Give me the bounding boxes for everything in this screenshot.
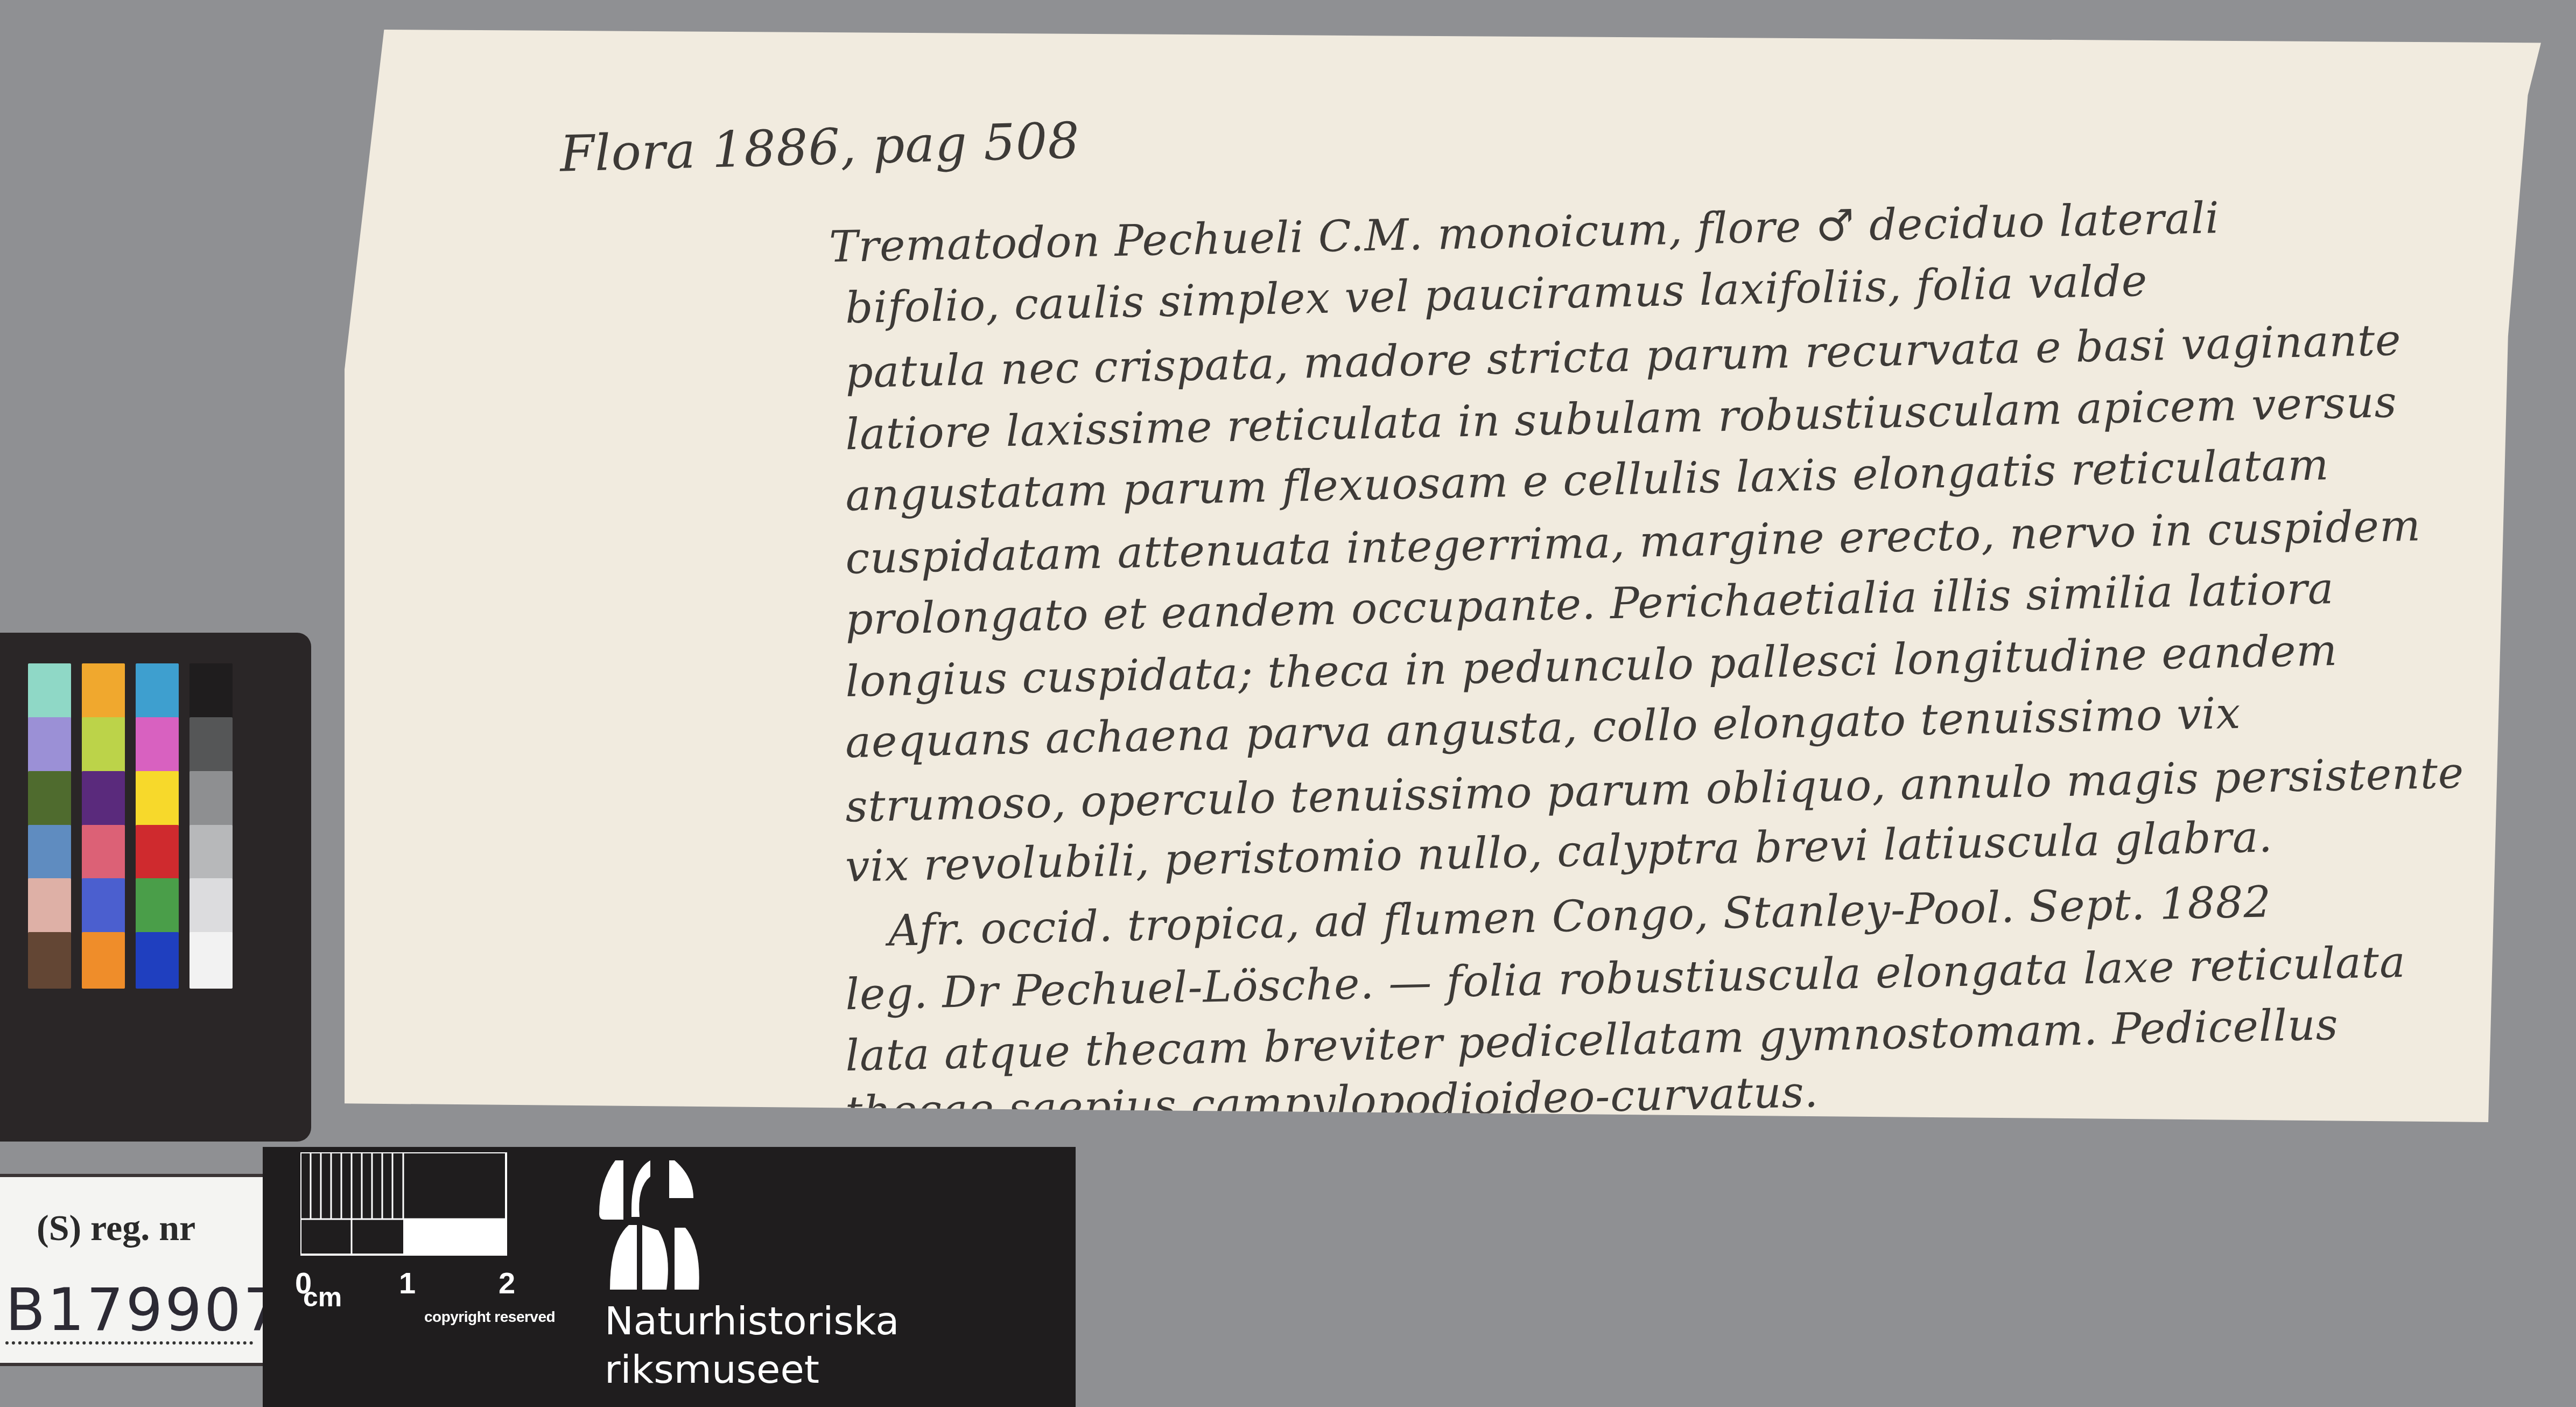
color-swatch xyxy=(189,717,233,774)
color-swatch xyxy=(136,717,179,774)
color-swatch xyxy=(136,663,179,720)
registration-label: (S) reg. nr B179907 xyxy=(0,1174,263,1366)
color-swatch xyxy=(28,932,71,989)
scale-tick-1: 1 xyxy=(399,1265,416,1300)
registration-number: B179907 xyxy=(5,1277,282,1344)
specimen-scan: Flora 1886, pag 508 Trematodon Pechueli … xyxy=(0,0,2576,1407)
color-swatch xyxy=(82,663,125,720)
registration-title: (S) reg. nr xyxy=(37,1207,195,1249)
color-swatch xyxy=(82,825,125,881)
color-swatch xyxy=(189,878,233,935)
scale-unit: cm xyxy=(303,1282,342,1313)
museum-name-line-1: Naturhistoriska xyxy=(605,1297,899,1345)
dotted-divider xyxy=(5,1341,253,1345)
color-swatch xyxy=(82,771,125,828)
color-swatch xyxy=(28,663,71,720)
color-swatch xyxy=(28,771,71,828)
color-swatch xyxy=(136,825,179,881)
scale-tick-2: 2 xyxy=(499,1265,515,1300)
nrm-logo-icon xyxy=(599,1160,782,1290)
museum-name-line-2: riksmuseet xyxy=(605,1345,899,1394)
color-swatch xyxy=(136,771,179,828)
color-swatch xyxy=(82,932,125,989)
scale-and-logo-strip: 0 1 2 cm copyright reserved Naturhistori… xyxy=(263,1147,1076,1407)
color-swatch xyxy=(189,663,233,720)
color-swatch xyxy=(189,932,233,989)
color-calibration-card xyxy=(0,633,311,1142)
literature-reference: Flora 1886, pag 508 xyxy=(559,111,1080,183)
color-swatch xyxy=(189,825,233,881)
color-swatch xyxy=(82,878,125,935)
color-swatch xyxy=(82,717,125,774)
scale-bar-icon xyxy=(300,1152,559,1260)
color-swatch xyxy=(136,932,179,989)
copyright-notice: copyright reserved xyxy=(424,1308,555,1326)
color-swatch xyxy=(28,878,71,935)
museum-name: Naturhistoriska riksmuseet xyxy=(605,1297,899,1394)
color-swatch xyxy=(28,825,71,881)
color-swatch xyxy=(189,771,233,828)
color-swatch xyxy=(136,878,179,935)
handwritten-label: Flora 1886, pag 508 Trematodon Pechueli … xyxy=(345,30,2541,1125)
color-swatch xyxy=(28,717,71,774)
